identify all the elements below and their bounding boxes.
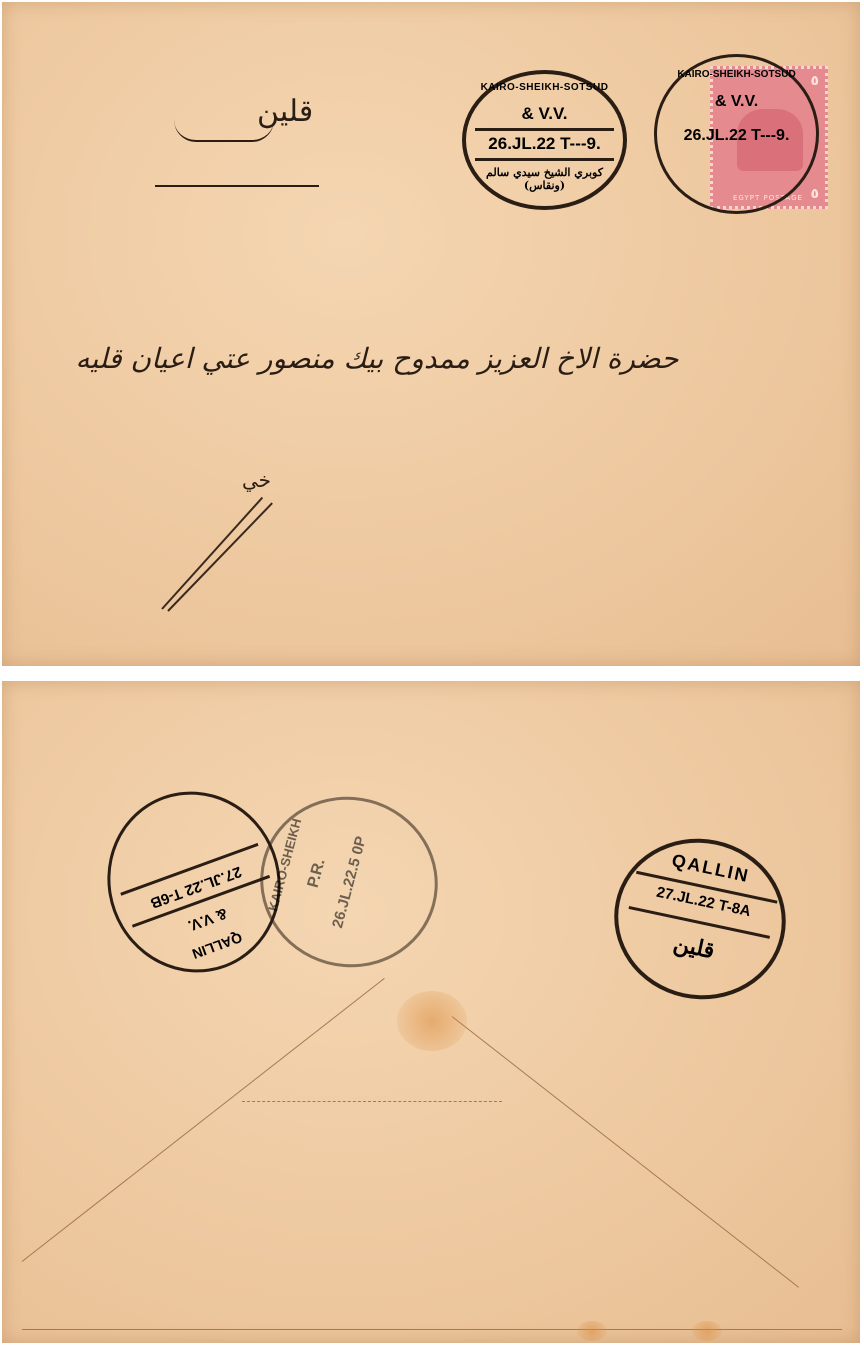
flap-edge-left xyxy=(22,978,385,1262)
rust-stain xyxy=(692,1321,722,1341)
kairo-sheikh-pr-postmark: KAIRO-SHEIKH P.R. 26.JL.22.5 0P xyxy=(241,777,457,987)
destination-swash xyxy=(174,120,274,142)
envelope-back: QALLIN & V.V. 27.JL.22 T-6B KAIRO-SHEIKH… xyxy=(2,681,860,1343)
address-line: حضرة الاخ العزيز ممدوح بيك منصور عتي اعي… xyxy=(32,342,722,375)
envelope-front: قلين KAIRO-SHEIKH-SOTSUD & V.V. 26.JL.22… xyxy=(2,2,860,666)
flap-edge-right xyxy=(452,1016,799,1288)
rust-stain xyxy=(577,1321,607,1341)
pen-stroke xyxy=(167,502,273,611)
rust-stain xyxy=(397,991,467,1051)
kairo-sheikh-postmark: KAIRO-SHEIKH-SOTSUD & V.V. 26.JL.22 T---… xyxy=(462,70,627,210)
torn-flap-edge xyxy=(242,1101,502,1102)
destination-underline xyxy=(155,185,319,187)
handwritten-note: خي xyxy=(242,468,271,492)
pen-stroke xyxy=(161,497,263,610)
qallin-arrival-postmark: QALLIN 27.JL.22 T-8A قلين xyxy=(599,823,801,1015)
stamp-cancel-postmark: KAIRO-SHEIKH-SOTSUD & V.V. 26.JL.22 T---… xyxy=(654,54,819,214)
